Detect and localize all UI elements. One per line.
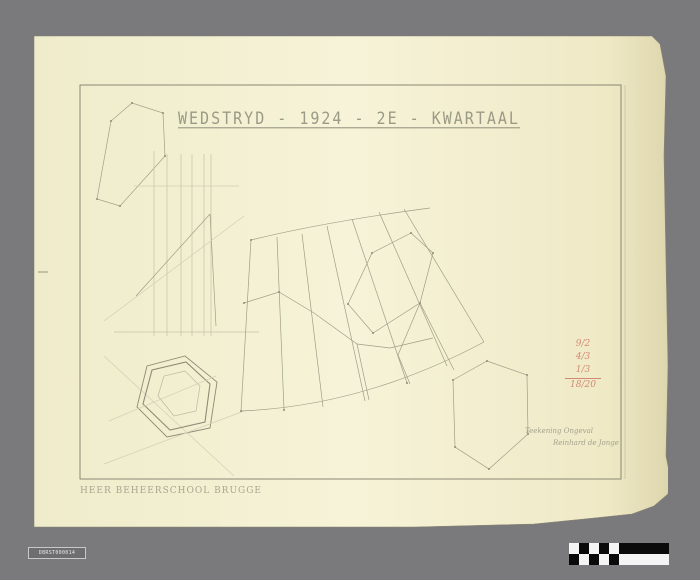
inventory-label: DBRST000014 [28,547,86,559]
grade-line-3: 1/3 [565,364,601,377]
grade-line-1: 9/2 [565,338,601,351]
drawing-title: WEDSTRYD - 1924 - 2E - KWARTAAL [178,108,520,129]
grade-line-2: 4/3 [565,351,601,364]
scale-bar [569,543,669,565]
school-stamp: HEER BEHEERSCHOOL BRUGGE [80,486,262,496]
signature-line-1: Teekening Ongeval [525,425,619,437]
grade-mark: 9/2 4/3 1/3 18/20 [565,338,601,392]
grade-total: 18/20 [565,379,601,392]
signature-line-2: Reinhard de Jonge [525,437,619,449]
scale-bar-top-row [569,543,669,554]
signature: Teekening Ongeval Reinhard de Jonge [525,425,619,449]
scale-bar-bottom-row [569,554,669,565]
